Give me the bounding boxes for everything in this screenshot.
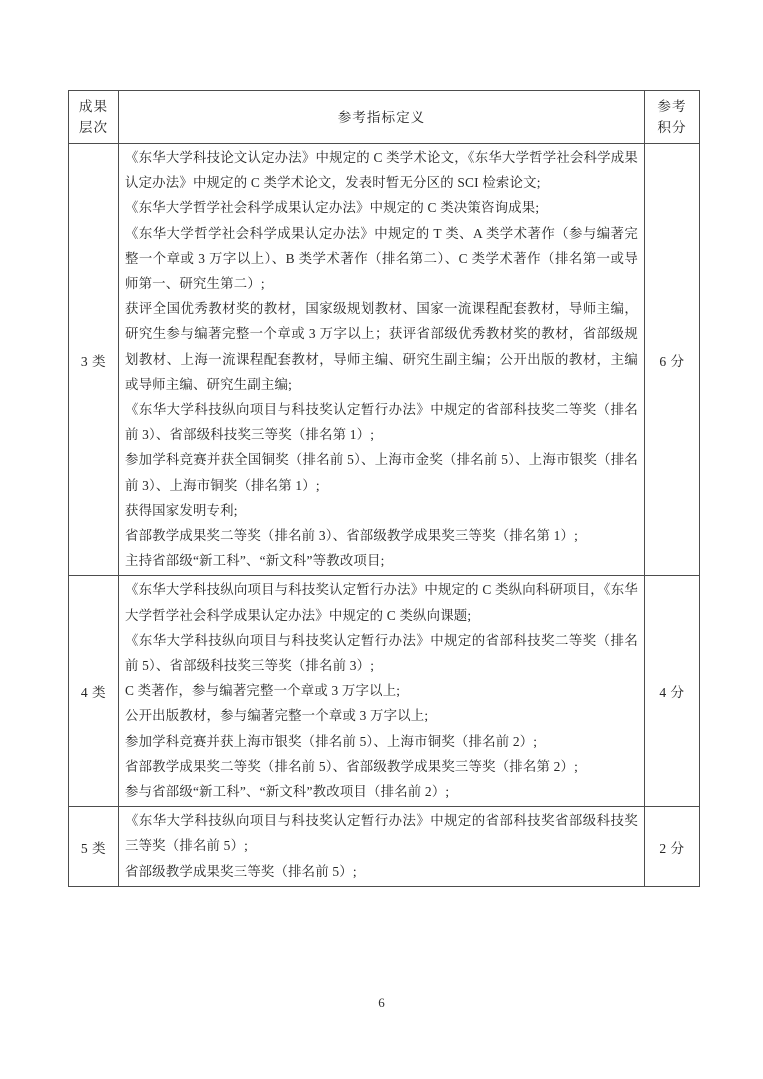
points-cell: 2 分	[645, 807, 700, 887]
indicator-item: 《东华大学科技纵向项目与科技奖认定暂行办法》中规定的省部科技奖二等奖（排名前 5…	[125, 628, 638, 678]
header-points-line1: 参考	[647, 96, 697, 117]
table-row-level-4: 4 类 《东华大学科技纵向项目与科技奖认定暂行办法》中规定的 C 类纵向科研项目…	[69, 576, 700, 807]
indicator-item: 《东华大学科技论文认定办法》中规定的 C 类学术论文，《东华大学哲学社会科学成果…	[125, 145, 638, 195]
table-header-row: 成果 层次 参考指标定义 参考 积分	[69, 91, 700, 144]
indicator-item: 公开出版教材，参与编著完整一个章或 3 万字以上;	[125, 703, 638, 728]
indicator-item: 《东华大学科技纵向项目与科技奖认定暂行办法》中规定的省部科技奖省部级科技奖三等奖…	[125, 808, 638, 858]
points-cell: 4 分	[645, 576, 700, 807]
table-row-level-5: 5 类 《东华大学科技纵向项目与科技奖认定暂行办法》中规定的省部科技奖省部级科技…	[69, 807, 700, 887]
header-points: 参考 积分	[645, 91, 700, 144]
definition-cell: 《东华大学科技纵向项目与科技奖认定暂行办法》中规定的省部科技奖省部级科技奖三等奖…	[119, 807, 645, 887]
indicator-item: 《东华大学哲学社会科学成果认定办法》中规定的 T 类、A 类学术著作（参与编著完…	[125, 221, 638, 297]
indicator-item: 主持省部级“新工科”、“新文科”等教改项目;	[125, 548, 638, 573]
table-row-level-3: 3 类 《东华大学科技论文认定办法》中规定的 C 类学术论文，《东华大学哲学社会…	[69, 144, 700, 576]
indicator-item: C 类著作，参与编著完整一个章或 3 万字以上;	[125, 678, 638, 703]
indicator-item: 《东华大学哲学社会科学成果认定办法》中规定的 C 类决策咨询成果;	[125, 195, 638, 220]
indicator-item: 省部教学成果奖二等奖（排名前 5）、省部级教学成果奖三等奖（排名第 2）;	[125, 754, 638, 779]
header-level: 成果 层次	[69, 91, 119, 144]
page-number: 6	[0, 995, 763, 1011]
indicator-item: 获得国家发明专利;	[125, 498, 638, 523]
level-cell: 3 类	[69, 144, 119, 576]
indicator-item: 参与省部级“新工科”、“新文科”教改项目（排名前 2）;	[125, 779, 638, 804]
document-page: 成果 层次 参考指标定义 参考 积分 3 类 《东华大学科技论文认定办法》中规定…	[0, 0, 763, 1079]
header-level-line2: 层次	[71, 117, 116, 138]
points-cell: 6 分	[645, 144, 700, 576]
indicator-item: 《东华大学科技纵向项目与科技奖认定暂行办法》中规定的 C 类纵向科研项目，《东华…	[125, 577, 638, 627]
indicator-item: 参加学科竞赛并获上海市银奖（排名前 5）、上海市铜奖（排名前 2）;	[125, 729, 638, 754]
header-points-line2: 积分	[647, 117, 697, 138]
level-cell: 4 类	[69, 576, 119, 807]
level-cell: 5 类	[69, 807, 119, 887]
indicator-table: 成果 层次 参考指标定义 参考 积分 3 类 《东华大学科技论文认定办法》中规定…	[68, 90, 700, 887]
header-definition: 参考指标定义	[119, 91, 645, 144]
indicator-item: 获评全国优秀教材奖的教材，国家级规划教材、国家一流课程配套教材，导师主编，研究生…	[125, 296, 638, 397]
indicator-item: 《东华大学科技纵向项目与科技奖认定暂行办法》中规定的省部科技奖二等奖（排名前 3…	[125, 397, 638, 447]
indicator-item: 省部级教学成果奖三等奖（排名前 5）;	[125, 859, 638, 884]
definition-cell: 《东华大学科技纵向项目与科技奖认定暂行办法》中规定的 C 类纵向科研项目，《东华…	[119, 576, 645, 807]
header-level-line1: 成果	[71, 96, 116, 117]
definition-cell: 《东华大学科技论文认定办法》中规定的 C 类学术论文，《东华大学哲学社会科学成果…	[119, 144, 645, 576]
indicator-item: 参加学科竞赛并获全国铜奖（排名前 5）、上海市金奖（排名前 5）、上海市银奖（排…	[125, 447, 638, 497]
indicator-item: 省部教学成果奖二等奖（排名前 3）、省部级教学成果奖三等奖（排名第 1）;	[125, 523, 638, 548]
